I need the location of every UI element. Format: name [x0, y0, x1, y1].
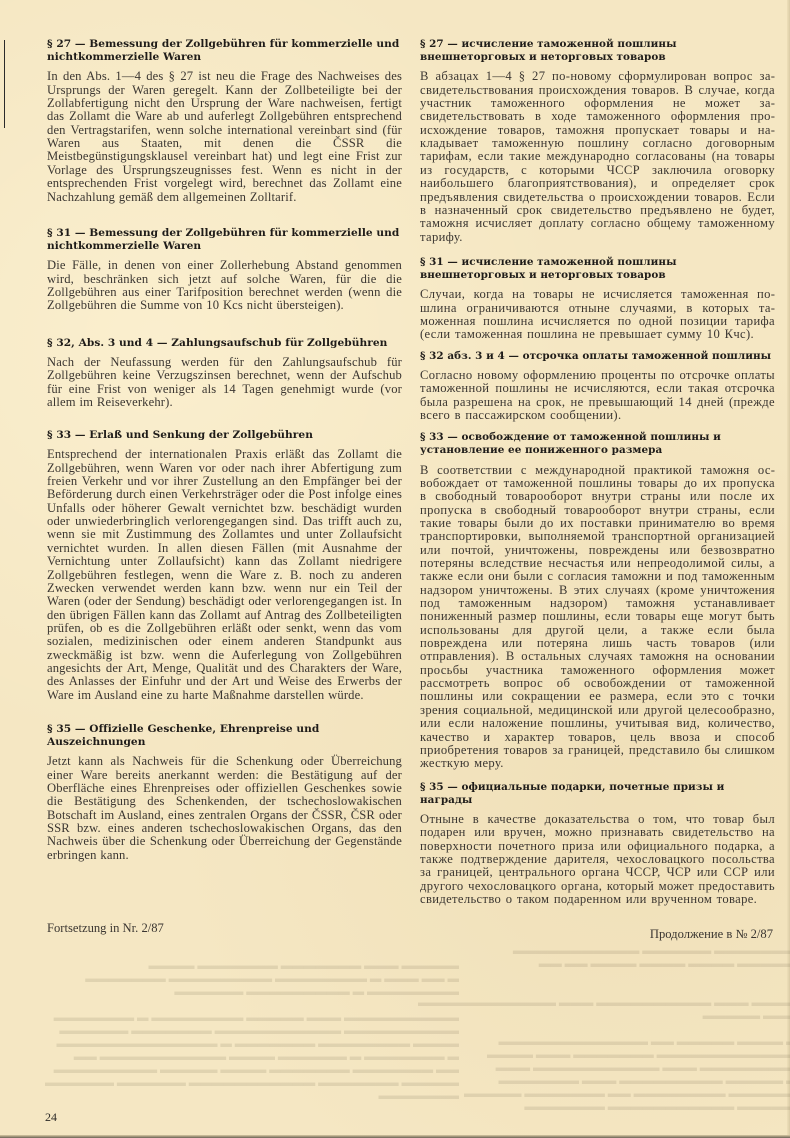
section-body: Die Fälle, in denen von einer Zollerhebu… [47, 259, 402, 312]
document-page: ▬▬▬▬▬ ▬▬▬ ▬▬▬▬▬▬▬ ▬▬▬▬▬▬▬ ▬▬▬▬ ▬ ▬▬ ▬▬▬ … [0, 0, 790, 1138]
section-body: Nach der Neufassung werden für den Zahlu… [47, 356, 402, 409]
section-de-31: § 31 — Bemessung der Zollgebühren für ko… [47, 227, 402, 313]
section-heading: § 32 абз. 3 и 4 — отсрочка оплаты таможе… [420, 350, 775, 363]
section-heading: § 35 — официальные подарки, почетные при… [420, 781, 775, 807]
section-ru-35: § 35 — официальные подарки, почетные при… [420, 781, 775, 907]
section-heading: § 31 — исчисление таможенной пошлины вне… [420, 256, 775, 282]
section-body: Отныне в качестве доказательства о том, … [420, 813, 775, 906]
section-ru-27: § 27 — исчисление таможенной пошлины вне… [420, 38, 775, 244]
section-ru-33: § 33 — освобождение от таможенной пошлин… [420, 431, 775, 770]
margin-rule [4, 40, 5, 128]
section-heading: § 31 — Bemessung der Zollgebühren für ko… [47, 227, 402, 253]
section-heading: § 35 — Offizielle Geschenke, Ehrenpreise… [47, 723, 402, 749]
section-body: Jetzt kann als Nachweis für die Schenkun… [47, 755, 402, 862]
russian-column: § 27 — исчисление таможенной пошлины вне… [420, 38, 775, 906]
section-heading: § 33 — Erlaß und Senkung der Zollgebühre… [47, 429, 402, 442]
bleed-through-text-left: ▬▬▬▬▬ ▬▬▬ ▬▬▬▬▬▬▬ ▬▬▬▬▬▬▬ ▬▬▬▬ ▬ ▬▬ ▬▬▬ … [45, 960, 459, 1103]
section-de-33: § 33 — Erlaß und Senkung der Zollgebühre… [47, 429, 402, 702]
section-body: Согласно новому оформлению проценты по о… [420, 369, 775, 422]
section-heading: § 27 — исчисление таможенной пошлины вне… [420, 38, 775, 64]
section-heading: § 27 — Bemessung der Zollgebühren für ko… [47, 38, 402, 64]
section-body: Случаи, когда на товары не исчисляется т… [420, 288, 775, 341]
section-heading: § 32, Abs. 3 und 4 — Zahlungsaufschub fü… [47, 337, 402, 350]
section-body: In den Abs. 1—4 des § 27 ist neu die Fra… [47, 70, 402, 203]
german-column: § 27 — Bemessung der Zollgebühren für ko… [47, 38, 402, 862]
continuation-note-ru: Продолжение в № 2/87 [650, 927, 773, 942]
section-de-27: § 27 — Bemessung der Zollgebühren für ko… [47, 38, 402, 204]
section-ru-32: § 32 абз. 3 и 4 — отсрочка оплаты таможе… [420, 350, 775, 423]
continuation-note-de: Fortsetzung in Nr. 2/87 [47, 921, 164, 936]
bleed-through-text-right: ▬▬▬▬▬▬▬▬ ▬▬▬ ▬▬▬▬▬▬▬▬ ▬▬▬▬▬▬ ▬▬▬▬▬▬▬▬▬▬▬… [418, 945, 790, 1114]
section-de-35: § 35 — Offizielle Geschenke, Ehrenpreise… [47, 723, 402, 862]
section-body: В абзацах 1—4 § 27 по-новому сформулиров… [420, 70, 775, 243]
section-body: Entsprechend der internationalen Praxis … [47, 448, 402, 702]
section-de-32: § 32, Abs. 3 und 4 — Zahlungsaufschub fü… [47, 337, 402, 410]
section-heading: § 33 — освобождение от таможенной пошлин… [420, 431, 775, 457]
page-number: 24 [45, 1110, 57, 1125]
section-ru-31: § 31 — исчисление таможенной пошлины вне… [420, 256, 775, 342]
section-body: В соответствии с международной практикой… [420, 464, 775, 771]
